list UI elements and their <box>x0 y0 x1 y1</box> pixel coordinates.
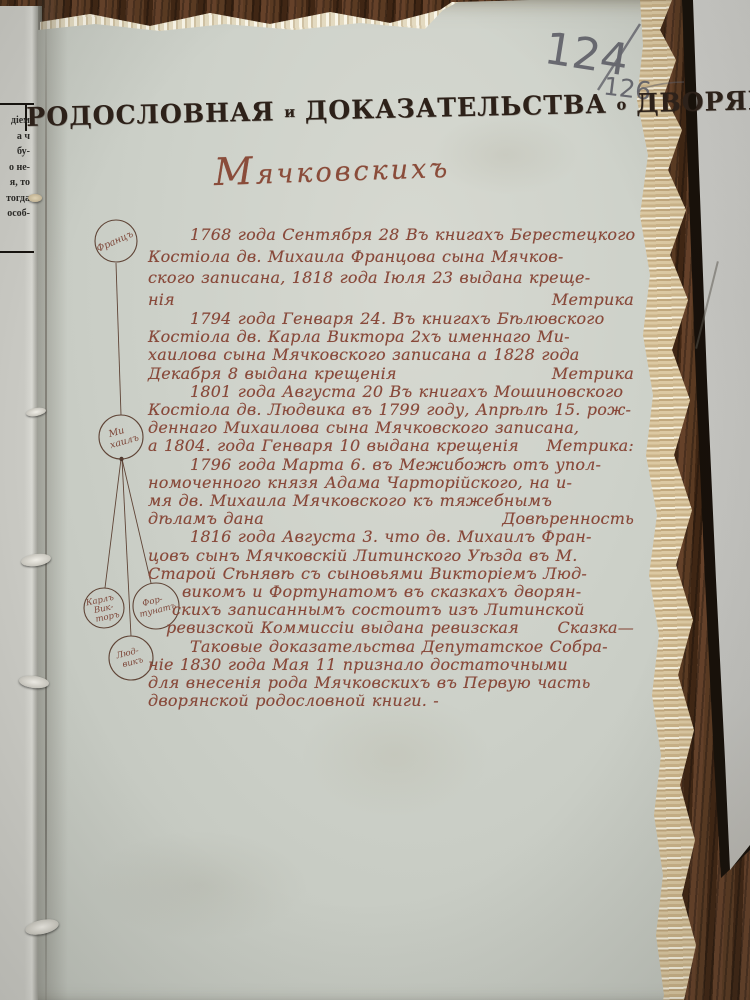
document-type-label: Метрика <box>552 289 634 311</box>
handwritten-line: Таковые доказательства Депутатское Собра… <box>148 638 634 656</box>
document-type-label: Довѣренность <box>502 510 634 528</box>
tree-connector <box>105 459 121 588</box>
family-name-calligraphy: Мячковскихъ <box>211 142 452 194</box>
handwritten-line: ревизской Коммиссіи выдана ревизская <box>166 619 519 637</box>
handwritten-line: номоченного князя Адама Чарторійского, н… <box>148 474 634 492</box>
handwritten-line: Костіола дв. Карла Виктора 2хъ именнаго … <box>148 328 634 346</box>
document-type-label: Метрика: <box>546 437 634 455</box>
tree-junction-dot <box>119 457 123 461</box>
handwritten-line: ніе 1830 года Мая 11 признало достаточны… <box>148 656 634 674</box>
handwritten-line: деннаго Михаилова сына Мячковского запис… <box>148 419 634 437</box>
title-conjunction: о <box>616 95 626 113</box>
handwritten-line: 1796 года Марта 6. въ Межибожѣ отъ упол- <box>148 456 634 474</box>
tree-node-label-franz: Францъ <box>95 229 135 255</box>
paper-stain <box>90 830 310 940</box>
paragraph-1816-skazka: 1816 года Августа 3. что дв. Михаилъ Фра… <box>148 528 634 637</box>
handwritten-line: 1768 года Сентября 28 Въ книгахъ Бересте… <box>148 224 634 246</box>
handwritten-line: нія <box>148 289 175 311</box>
handwritten-line: 1816 года Августа 3. что дв. Михаилъ Фра… <box>148 528 634 546</box>
page-crease <box>45 0 47 1000</box>
paragraph-1830-resolution: Таковые доказательства Депутатское Собра… <box>148 638 634 711</box>
handwritten-line: цовъ сынъ Мячковскій Литинского Уѣзда въ… <box>148 547 634 565</box>
handwritten-text-block: 1768 года Сентября 28 Въ книгахъ Бересте… <box>148 224 634 710</box>
title-word: ДВОРЯНСТВѢ <box>636 84 750 119</box>
tree-node-circle-mikhail <box>99 415 143 459</box>
handwritten-line: 1801 года Августа 20 Въ книгахъ Мошиновс… <box>148 383 634 401</box>
tree-connector <box>116 263 121 415</box>
handwritten-line: для внесенія рода Мячковскихъ въ Первую … <box>148 674 634 692</box>
handwritten-line: Костіола дв. Людвика въ 1799 году, Апрѣл… <box>148 401 634 419</box>
handwritten-line: Костіола дв. Михаила Францова сына Мячко… <box>148 246 634 268</box>
tree-node-circle-karl-viktor <box>84 588 124 628</box>
handwritten-line: хаилова сына Мячковского записана а 1828… <box>148 346 634 364</box>
handwritten-line: викомъ и Фортунатомъ въ сказкахъ дворян- <box>182 583 634 601</box>
title-conjunction: и <box>284 103 295 121</box>
tree-node-label-ludwik: Люд-викъ <box>114 645 144 671</box>
tree-node-circle-franz <box>95 220 137 262</box>
paragraph-1794-metrika: 1794 года Генваря 24. Въ книгахъ Бѣлювск… <box>148 310 634 383</box>
tree-node-label-mikhail: Михаилъ <box>106 422 140 451</box>
tree-connector <box>122 459 151 583</box>
document-type-label: Сказка— <box>557 619 634 637</box>
paragraph-1768-metrika: 1768 года Сентября 28 Въ книгахъ Бересте… <box>148 224 634 310</box>
title-word: ДОКАЗАТЕЛЬСТВА <box>305 90 608 127</box>
document-type-label: Метрика <box>552 365 634 383</box>
title-word: РОДОСЛОВНАЯ <box>26 97 275 133</box>
handwritten-line: а 1804. года Генваря 10 выдана крещенія <box>148 437 519 455</box>
handwritten-line: мя дв. Михаила Мячковского къ тяжебнымъ <box>148 492 634 510</box>
handwritten-line: 1794 года Генваря 24. Въ книгахъ Бѣлювск… <box>148 310 634 328</box>
archival-document-photo: діем а ч бу- о не- я, то тогда особ- 124 <box>0 0 750 1000</box>
handwritten-line: скихъ записаннымъ состоитъ изъ Литинской <box>172 601 634 619</box>
handwritten-line: Декабря 8 выдана крещенія <box>148 365 397 383</box>
handwritten-line: дѣламъ дана <box>148 510 264 528</box>
binding-thread <box>28 194 42 202</box>
page-content: 124 126 РОДОСЛОВНАЯ и ДОКАЗАТЕЛЬСТВА о Д… <box>0 0 750 1000</box>
paragraph-1796-doverennost: 1796 года Марта 6. въ Межибожѣ отъ упол-… <box>148 456 634 529</box>
paragraph-1801-metrika: 1801 года Августа 20 Въ книгахъ Мошиновс… <box>148 383 634 456</box>
tree-node-circle-ludwik <box>109 636 153 680</box>
tree-node-label-karl-viktor: КарлъВик-торъ <box>84 592 121 626</box>
handwritten-line: Старой Сѣнявѣ съ сыновьями Викторіемъ Лю… <box>148 565 634 583</box>
binding-gutter-shadow <box>38 0 68 1000</box>
handwritten-line: ского записана, 1818 года Іюля 23 выдана… <box>148 267 634 289</box>
tree-connector <box>122 459 131 636</box>
handwritten-line: дворянской родословной книги. - <box>148 692 634 710</box>
